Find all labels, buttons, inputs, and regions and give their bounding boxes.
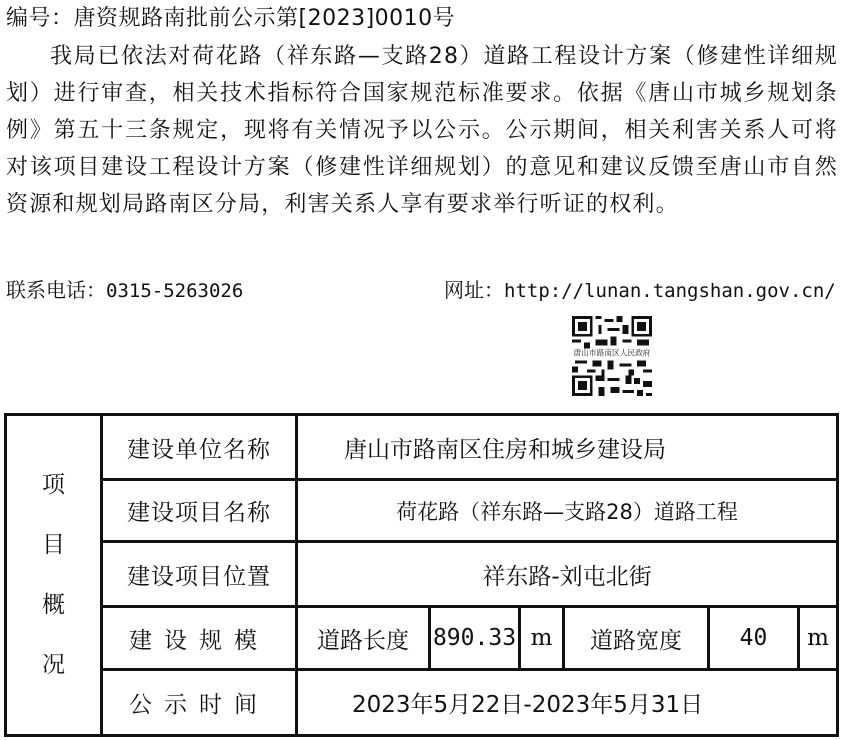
- unit-road-length: m: [520, 607, 564, 670]
- contact-website: 网址：http://lunan.tangshan.gov.cn/: [444, 276, 836, 305]
- label-road-length: 道路长度: [297, 607, 430, 670]
- value-project-name: 荷花路（祥东路—支路28）道路工程: [297, 480, 838, 542]
- value-publicity-period: 2023年5月22日-2023年5月31日: [297, 670, 838, 736]
- phone-number: 0315-5263026: [106, 280, 243, 302]
- label-construction-unit: 建设单位名称: [102, 415, 297, 480]
- value-project-location: 祥东路-刘屯北街: [297, 542, 838, 607]
- side-char: 概: [7, 575, 100, 635]
- table-row: 建设项目名称 荷花路（祥东路—支路28）道路工程: [6, 480, 838, 542]
- project-overview-table: 项 目 概 况 建设单位名称 唐山市路南区住房和城乡建设局 建设项目名称 荷花路…: [4, 413, 839, 737]
- qr-code-icon: 唐山市路南区人民政府: [569, 313, 655, 399]
- side-char: 目: [7, 515, 100, 575]
- unit-road-width: m: [799, 607, 838, 670]
- table-row: 建设规模 道路长度 890.33 m 道路宽度 40 m: [6, 607, 838, 670]
- value-road-length: 890.33: [430, 607, 520, 670]
- svg-text:唐山市路南区人民政府: 唐山市路南区人民政府: [573, 348, 650, 358]
- label-project-name: 建设项目名称: [102, 480, 297, 542]
- value-road-width: 40: [709, 607, 799, 670]
- announcement-paragraph: 我局已依法对荷花路（祥东路—支路28）道路工程设计方案（修建性详细规划）进行审查…: [6, 38, 838, 223]
- value-construction-unit: 唐山市路南区住房和城乡建设局: [297, 415, 838, 480]
- side-char: 项: [7, 455, 100, 515]
- label-construction-scale: 建设规模: [102, 607, 297, 670]
- project-overview-label: 项 目 概 况: [6, 415, 102, 736]
- table-row: 建设项目位置 祥东路-刘屯北街: [6, 542, 838, 607]
- contact-phone: 联系电话：0315-5263026: [6, 276, 243, 305]
- document-number: 编号：唐资规路南批前公示第[2023]0010号: [6, 4, 455, 34]
- table-row: 项 目 概 况 建设单位名称 唐山市路南区住房和城乡建设局: [6, 415, 838, 480]
- label-project-location: 建设项目位置: [102, 542, 297, 607]
- label-publicity-period: 公示时间: [102, 670, 297, 736]
- label-road-width: 道路宽度: [564, 607, 709, 670]
- phone-label: 联系电话：: [6, 278, 106, 302]
- side-char: 况: [7, 635, 100, 695]
- website-link[interactable]: http://lunan.tangshan.gov.cn/: [504, 280, 836, 302]
- table-row: 公示时间 2023年5月22日-2023年5月31日: [6, 670, 838, 736]
- website-label: 网址：: [444, 278, 504, 302]
